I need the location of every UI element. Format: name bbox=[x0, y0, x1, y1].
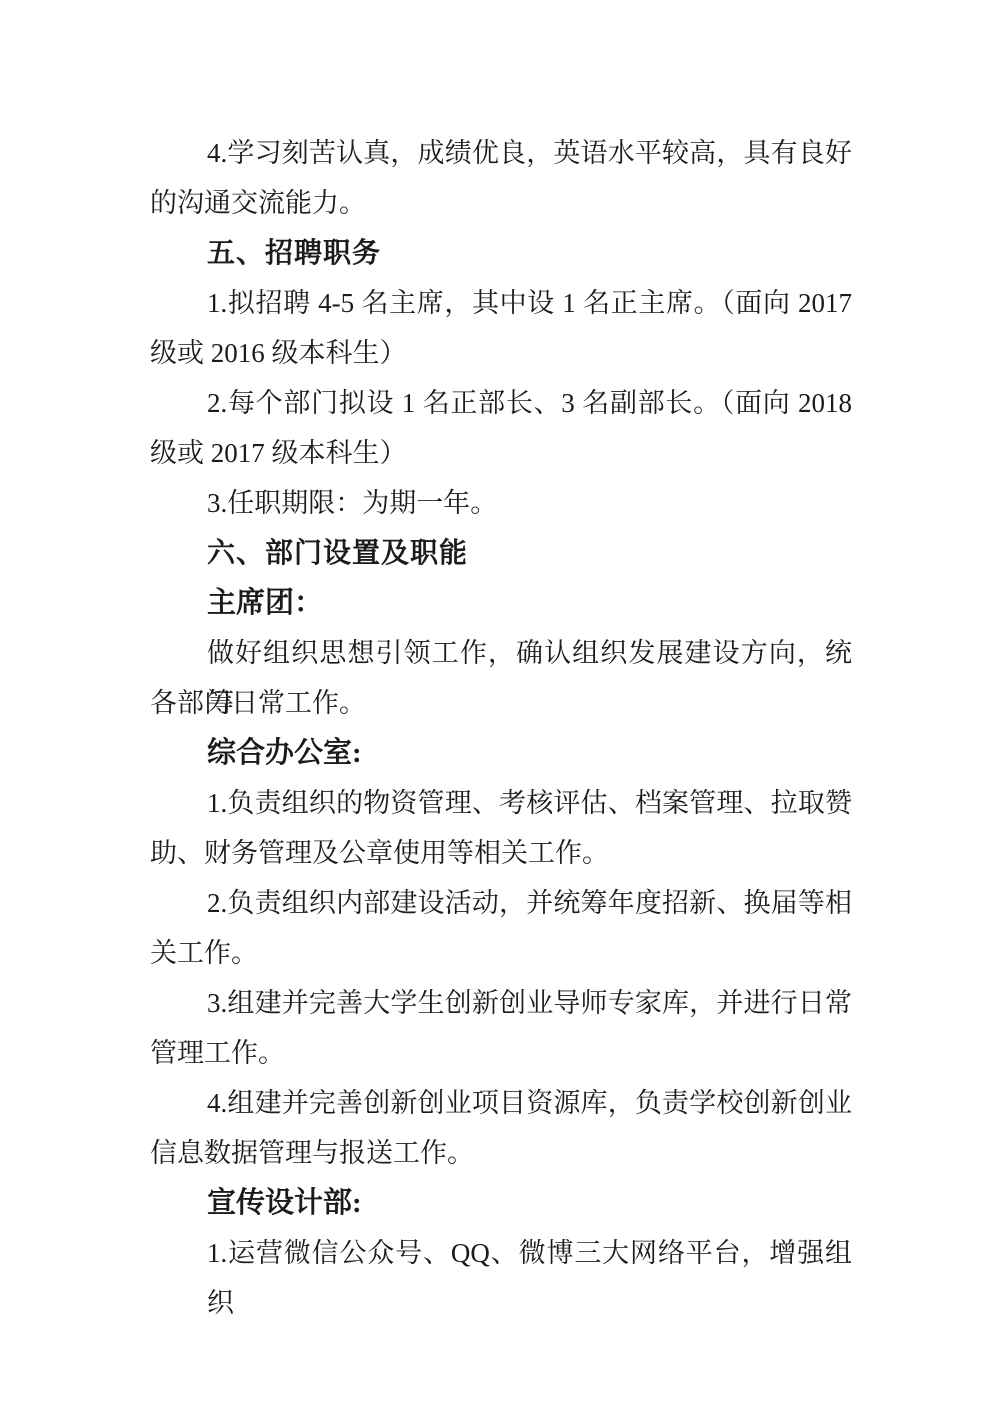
section-heading-departments: 六、部门设置及职能 bbox=[150, 528, 852, 578]
subsection-heading-presidium: 主席团： bbox=[150, 578, 852, 628]
paragraph-line: 3.组建并完善大学生创新创业导师专家库，并进行日常 bbox=[150, 978, 852, 1028]
section-heading-recruit-positions: 五、招聘职务 bbox=[150, 228, 852, 278]
paragraph-line: 4.组建并完善创新创业项目资源库，负责学校创新创业 bbox=[150, 1078, 852, 1128]
document-page: 4.学习刻苦认真，成绩优良，英语水平较高，具有良好 的沟通交流能力。 五、招聘职… bbox=[0, 0, 1000, 1414]
paragraph-line: 2.每个部门拟设 1 名正部长、3 名副部长。（面向 2018 bbox=[150, 378, 852, 428]
paragraph-line: 级或 2017 级本科生） bbox=[150, 428, 852, 478]
paragraph-line: 4.学习刻苦认真，成绩优良，英语水平较高，具有良好 bbox=[150, 128, 852, 178]
paragraph-line: 的沟通交流能力。 bbox=[150, 178, 852, 228]
paragraph-line: 级或 2016 级本科生） bbox=[150, 328, 852, 378]
paragraph-line: 各部门日常工作。 bbox=[150, 678, 852, 728]
subsection-heading-general-office: 综合办公室: bbox=[150, 728, 852, 778]
paragraph-line: 管理工作。 bbox=[150, 1028, 852, 1078]
paragraph-line: 1.拟招聘 4-5 名主席，其中设 1 名正主席。（面向 2017 bbox=[150, 278, 852, 328]
paragraph-line: 关工作。 bbox=[150, 928, 852, 978]
paragraph-line: 2.负责组织内部建设活动，并统筹年度招新、换届等相 bbox=[150, 878, 852, 928]
paragraph-line: 1.负责组织的物资管理、考核评估、档案管理、拉取赞 bbox=[150, 778, 852, 828]
document-content: 4.学习刻苦认真，成绩优良，英语水平较高，具有良好 的沟通交流能力。 五、招聘职… bbox=[150, 128, 852, 1278]
paragraph-line: 信息数据管理与报送工作。 bbox=[150, 1128, 852, 1178]
paragraph-line: 做好组织思想引领工作，确认组织发展建设方向，统筹 bbox=[150, 628, 852, 678]
paragraph-line: 1.运营微信公众号、QQ、微博三大网络平台，增强组织 bbox=[150, 1228, 852, 1278]
paragraph-line: 3.任职期限：为期一年。 bbox=[150, 478, 852, 528]
paragraph-line: 助、财务管理及公章使用等相关工作。 bbox=[150, 828, 852, 878]
subsection-heading-publicity-design: 宣传设计部: bbox=[150, 1178, 852, 1228]
